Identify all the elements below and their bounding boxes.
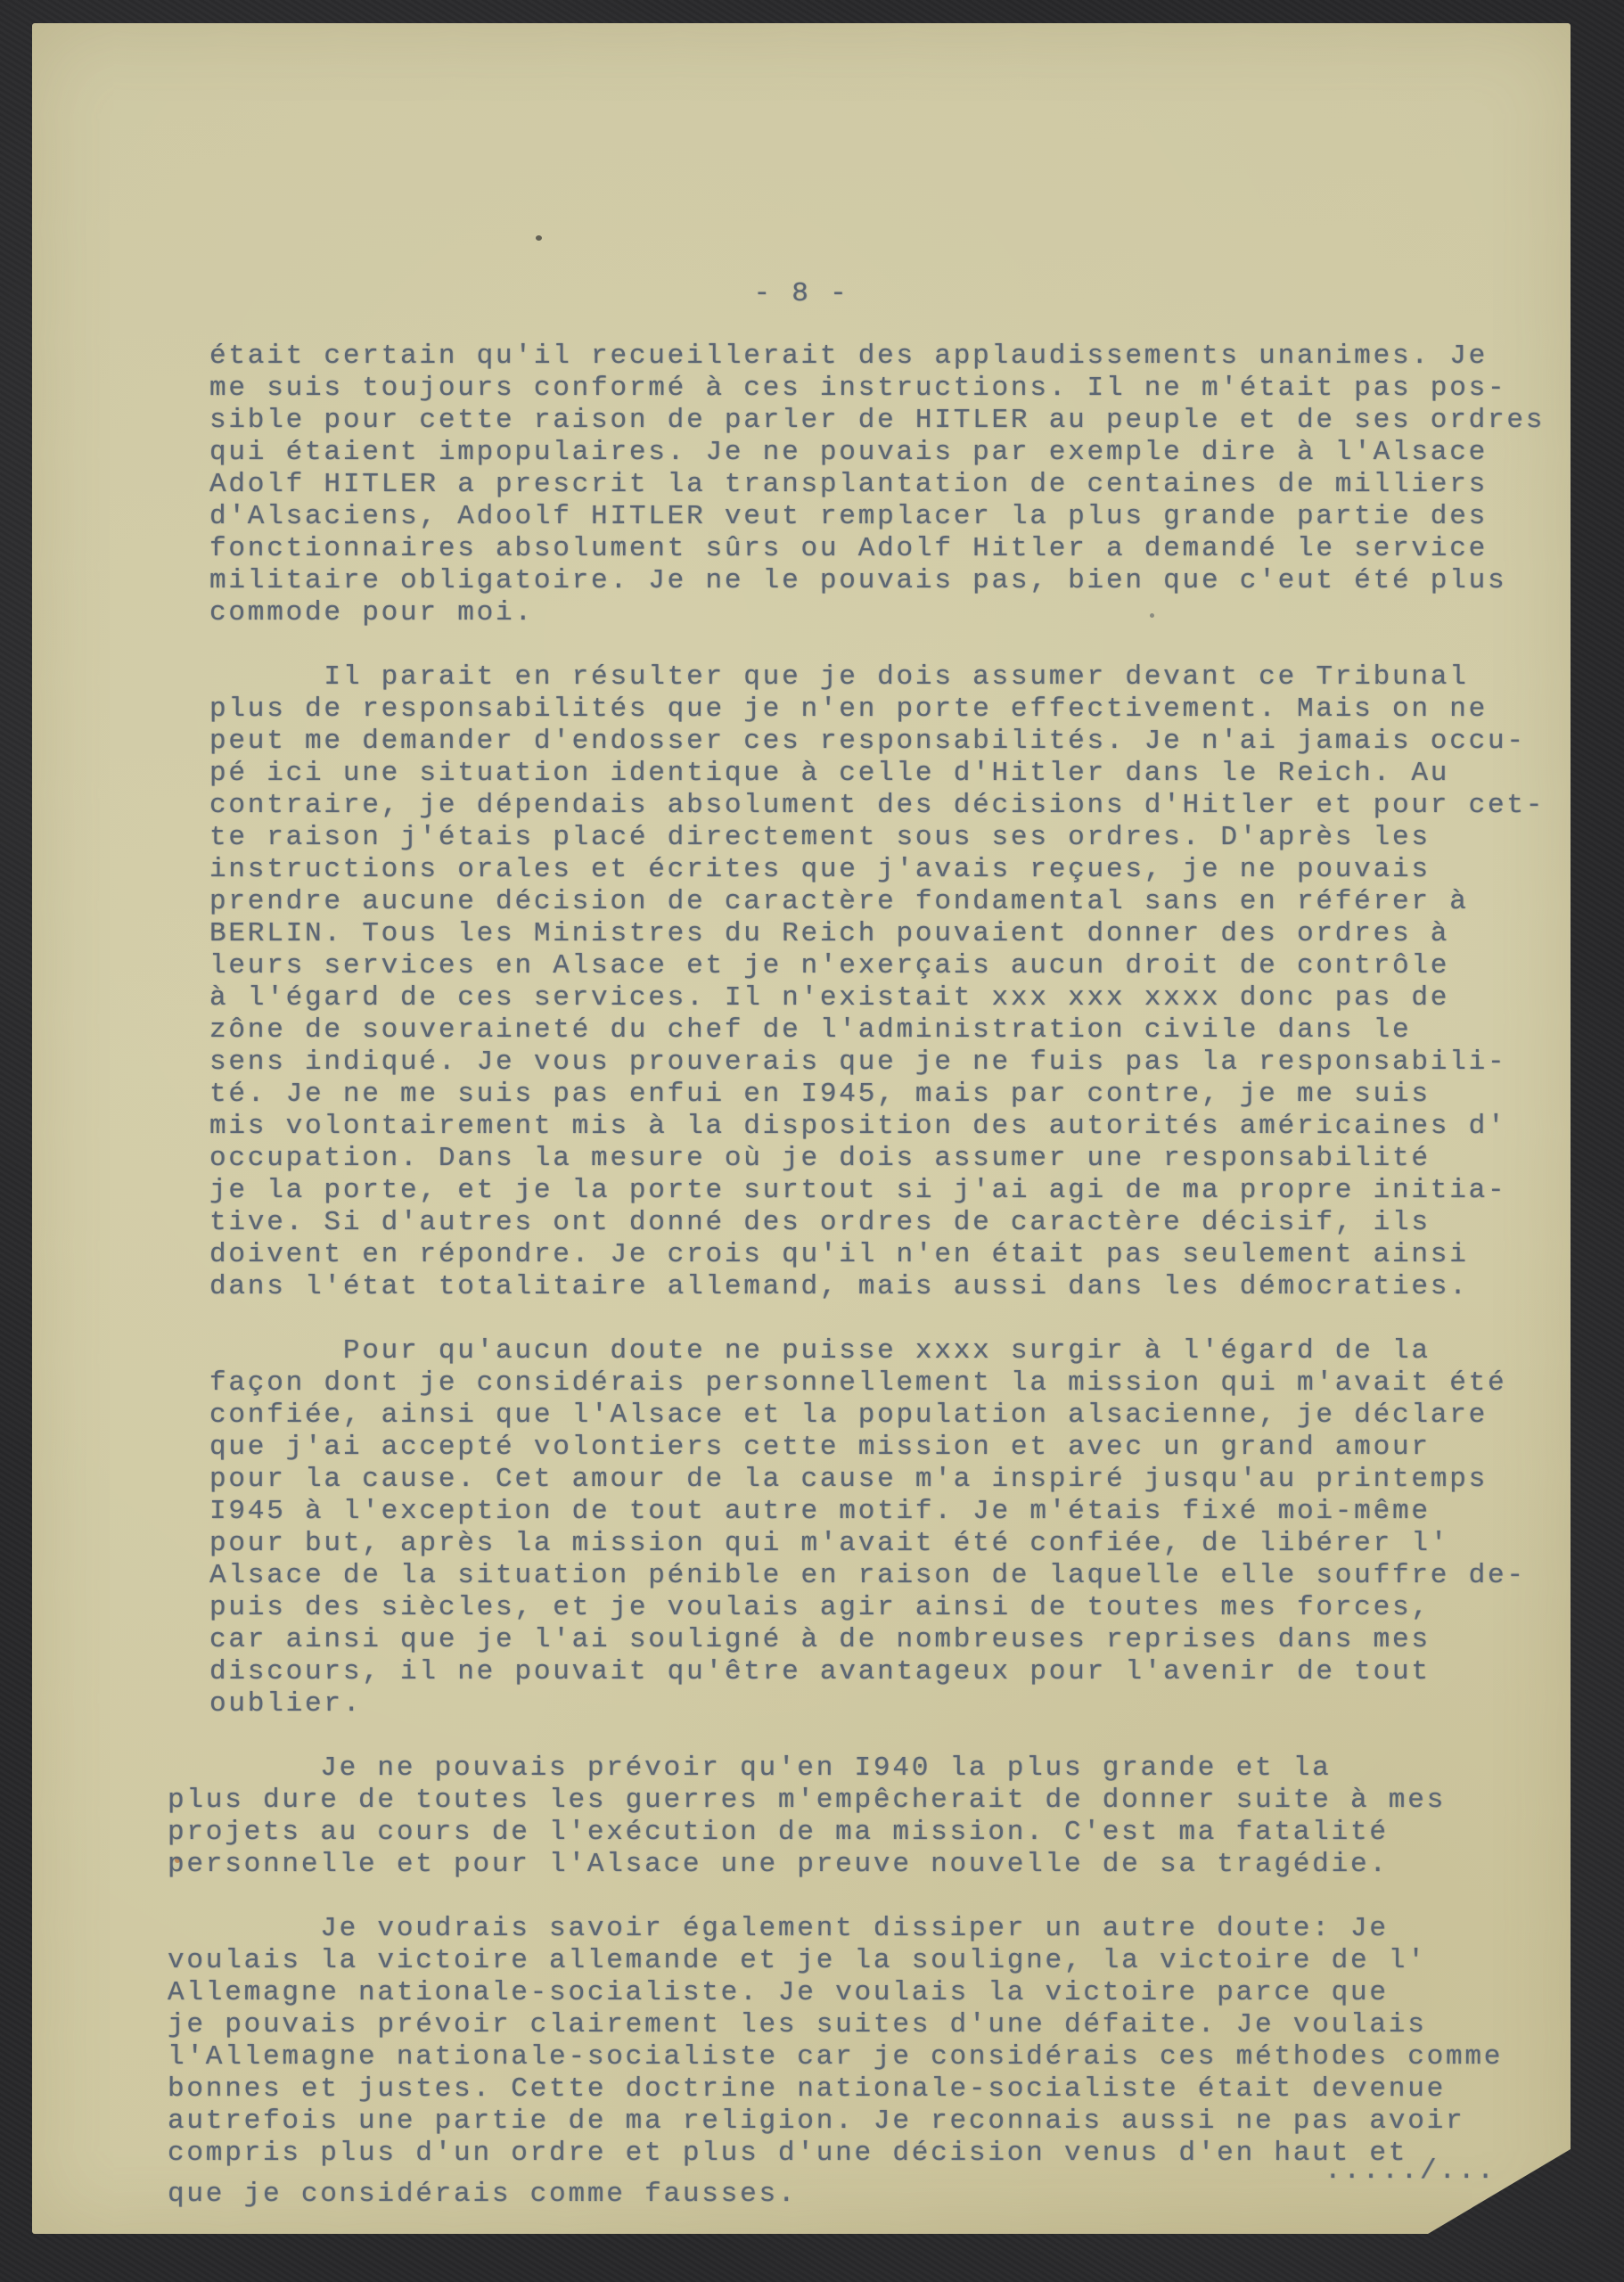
text-line: bonnes et justes. Cette doctrine nationa…	[168, 2073, 1582, 2106]
text-line: mis volontairement mis à la disposition …	[209, 1111, 1582, 1143]
text-line: leurs services en Alsace et je n'exerçai…	[209, 950, 1582, 982]
text-line: autrefois une partie de ma religion. Je …	[168, 2106, 1582, 2138]
page-number: - 8 -	[32, 278, 1571, 310]
text-line: je la porte, et je la porte surtout si j…	[209, 1175, 1582, 1207]
photo-background: { "page": { "number_label": "- 8 -", "fo…	[0, 0, 1624, 2282]
text-line: je pouvais prévoir clairement les suites…	[168, 2009, 1582, 2041]
paragraph: Pour qu'aucun doute ne puisse xxxx surgi…	[209, 1335, 1582, 1720]
paragraph: était certain qu'il recueillerait des ap…	[209, 341, 1582, 629]
paragraph: Je ne pouvais prévoir qu'en I940 la plus…	[168, 1753, 1582, 1881]
text-block: était certain qu'il recueillerait des ap…	[209, 341, 1582, 2211]
text-line: projets au cours de l'exécution de ma mi…	[168, 1817, 1582, 1849]
text-line: te raison j'étais placé directement sous…	[209, 822, 1582, 854]
text-line: prendre aucune décision de caractère fon…	[209, 886, 1582, 918]
text-line: té. Je ne me suis pas enfui en I945, mai…	[209, 1079, 1582, 1111]
text-line: confiée, ainsi que l'Alsace et la popula…	[209, 1400, 1582, 1432]
text-line: BERLIN. Tous les Ministres du Reich pouv…	[209, 918, 1582, 950]
continuation-mark: ...../...	[1325, 2155, 1497, 2188]
text-line: à l'égard de ces services. Il n'existait…	[209, 982, 1582, 1014]
text-line: militaire obligatoire. Je ne le pouvais …	[209, 565, 1582, 597]
text-line: personnelle et pour l'Alsace une preuve …	[168, 1849, 1582, 1881]
text-line: voulais la victoire allemande et je la s…	[168, 1945, 1582, 1977]
text-line: peut me demander d'endosser ces responsa…	[209, 726, 1582, 758]
text-line: doivent en répondre. Je crois qu'il n'en…	[209, 1239, 1582, 1271]
text-line: façon dont je considérais personnellemen…	[209, 1367, 1582, 1400]
text-line: car ainsi que je l'ai souligné à de nomb…	[209, 1624, 1582, 1656]
text-line: commode pour moi.	[209, 597, 1582, 629]
text-line: Allemagne nationale-socialiste. Je voula…	[168, 1977, 1582, 2009]
text-line: Je voudrais savoir également dissiper un…	[168, 1913, 1582, 1945]
text-line: oublier.	[209, 1688, 1582, 1720]
text-line: Pour qu'aucun doute ne puisse xxxx surgi…	[209, 1335, 1582, 1367]
text-line: contraire, je dépendais absolument des d…	[209, 790, 1582, 822]
text-line: puis des siècles, et je voulais agir ain…	[209, 1592, 1582, 1624]
text-line: sens indiqué. Je vous prouverais que je …	[209, 1047, 1582, 1079]
text-line: Adolf HITLER a prescrit la transplantati…	[209, 469, 1582, 501]
text-line: discours, il ne pouvait qu'être avantage…	[209, 1656, 1582, 1688]
text-line: qui étaient impopulaires. Je ne pouvais …	[209, 437, 1582, 469]
text-line: plus de responsabilités que je n'en port…	[209, 694, 1582, 726]
text-line: pour la cause. Cet amour de la cause m'a…	[209, 1464, 1582, 1496]
text-line: fonctionnaires absolument sûrs ou Adolf …	[209, 533, 1582, 565]
text-line: que j'ai accepté volontiers cette missio…	[209, 1432, 1582, 1464]
text-line: me suis toujours conformé à ces instruct…	[209, 373, 1582, 405]
text-line: I945 à l'exception de tout autre motif. …	[209, 1496, 1582, 1528]
paragraph: Il parait en résulter que je dois assume…	[209, 661, 1582, 1303]
text-line: pour but, après la mission qui m'avait é…	[209, 1528, 1582, 1560]
text-line: l'Allemagne nationale-socialiste car je …	[168, 2041, 1582, 2073]
text-line: dans l'état totalitaire allemand, mais a…	[209, 1271, 1582, 1303]
text-line: tive. Si d'autres ont donné des ordres d…	[209, 1207, 1582, 1239]
paper-speck	[536, 235, 542, 241]
text-line: occupation. Dans la mesure où je dois as…	[209, 1143, 1582, 1175]
text-line: pé ici une situation identique à celle d…	[209, 758, 1582, 790]
document-page: - 8 - était certain qu'il recueillerait …	[32, 23, 1571, 2234]
text-line: Je ne pouvais prévoir qu'en I940 la plus…	[168, 1753, 1582, 1785]
text-line: Il parait en résulter que je dois assume…	[209, 661, 1582, 694]
text-line: instructions orales et écrites que j'ava…	[209, 854, 1582, 886]
text-line: d'Alsaciens, Adoolf HITLER veut remplace…	[209, 501, 1582, 533]
text-line: sible pour cette raison de parler de HIT…	[209, 405, 1582, 437]
text-line: plus dure de toutes les guerres m'empêch…	[168, 1785, 1582, 1817]
text-line: zône de souveraineté du chef de l'admini…	[209, 1014, 1582, 1047]
text-line: Alsace de la situation pénible en raison…	[209, 1560, 1582, 1592]
text-line: était certain qu'il recueillerait des ap…	[209, 341, 1582, 373]
